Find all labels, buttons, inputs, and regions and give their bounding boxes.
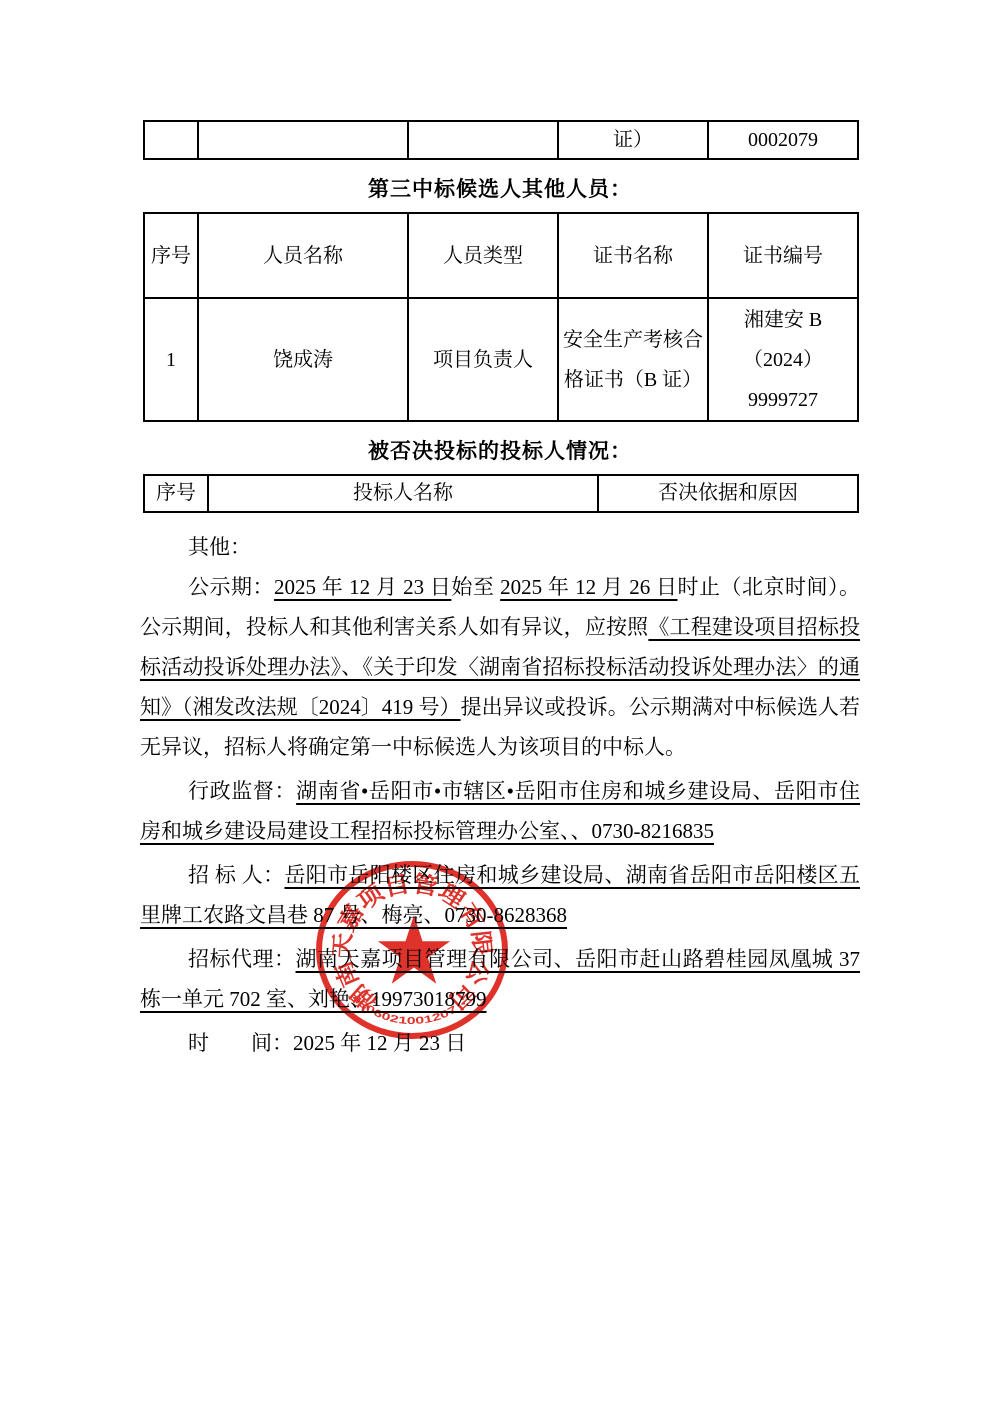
- table-cell-name: [198, 121, 408, 159]
- notice-mid1: 始至: [451, 575, 500, 599]
- table-header-row: 序号 人员名称 人员类型 证书名称 证书编号: [144, 213, 858, 298]
- notice-end-date: 2025 年 12 月 26 日: [500, 575, 677, 599]
- column-header-seq: 序号: [144, 213, 198, 298]
- table-row: 1 饶成涛 项目负责人 安全生产考核合格证书（B 证） 湘建安 B（2024） …: [144, 298, 858, 421]
- document-content: 证） 0002079 第三中标候选人其他人员： 序号 人员名称 人员类型 证书名…: [0, 0, 1000, 1063]
- tenderer-paragraph: 招 标 人：岳阳市岳阳楼区住房和城乡建设局、湖南省岳阳市岳阳楼区五里牌工农路文昌…: [140, 855, 860, 935]
- notice-start-date: 2025 年 12 月 23 日: [274, 575, 451, 599]
- column-header-bidder-name: 投标人名称: [208, 475, 598, 512]
- continuation-table: 证） 0002079: [143, 120, 859, 160]
- cell-seq: 1: [144, 298, 198, 421]
- table-header-row: 序号 投标人名称 否决依据和原因: [144, 475, 858, 512]
- other-label-paragraph: 其他：: [140, 527, 860, 567]
- column-header-cert-no: 证书编号: [708, 213, 858, 298]
- agency-label: 招标代理：: [188, 947, 296, 971]
- date-value: 2025 年 12 月 23 日: [293, 1031, 466, 1055]
- rejected-bidders-table: 序号 投标人名称 否决依据和原因: [143, 474, 859, 513]
- public-notice-paragraph: 公示期：2025 年 12 月 23 日始至 2025 年 12 月 26 日时…: [140, 567, 860, 767]
- column-header-seq: 序号: [144, 475, 208, 512]
- document-page: 证） 0002079 第三中标候选人其他人员： 序号 人员名称 人员类型 证书名…: [0, 0, 1000, 1414]
- other-label: 其他：: [188, 535, 251, 559]
- cell-person-type: 项目负责人: [408, 298, 558, 421]
- column-header-cert-name: 证书名称: [558, 213, 708, 298]
- third-candidate-personnel-table: 序号 人员名称 人员类型 证书名称 证书编号 1 饶成涛 项目负责人 安全生产考…: [143, 212, 859, 422]
- date-paragraph: 时 间：2025 年 12 月 23 日: [140, 1023, 860, 1063]
- tenderer-label: 招 标 人：: [188, 863, 284, 887]
- rejected-bidders-heading: 被否决投标的投标人情况：: [140, 435, 860, 465]
- admin-supervision-paragraph: 行政监督：湖南省•岳阳市•市辖区•岳阳市住房和城乡建设局、岳阳市住房和城乡建设局…: [140, 771, 860, 851]
- column-header-person-name: 人员名称: [198, 213, 408, 298]
- table-cell-cert-no: 0002079: [708, 121, 858, 159]
- agency-paragraph: 招标代理：湖南天嘉项目管理有限公司、岳阳市赶山路碧桂园凤凰城 37 栋一单元 7…: [140, 939, 860, 1019]
- admin-supervision-label: 行政监督：: [188, 779, 296, 803]
- notice-prefix: 公示期：: [188, 575, 274, 599]
- third-candidate-personnel-heading: 第三中标候选人其他人员：: [140, 173, 860, 203]
- column-header-person-type: 人员类型: [408, 213, 558, 298]
- table-row: 证） 0002079: [144, 121, 858, 159]
- cell-person-name: 饶成涛: [198, 298, 408, 421]
- cell-cert-name: 安全生产考核合格证书（B 证）: [558, 298, 708, 421]
- date-label: 时 间：: [188, 1031, 293, 1055]
- table-cell-seq: [144, 121, 198, 159]
- cell-cert-no: 湘建安 B（2024） 9999727: [708, 298, 858, 421]
- column-header-rejection-reason: 否决依据和原因: [598, 475, 858, 512]
- table-cell-cert-name: 证）: [558, 121, 708, 159]
- table-cell-type: [408, 121, 558, 159]
